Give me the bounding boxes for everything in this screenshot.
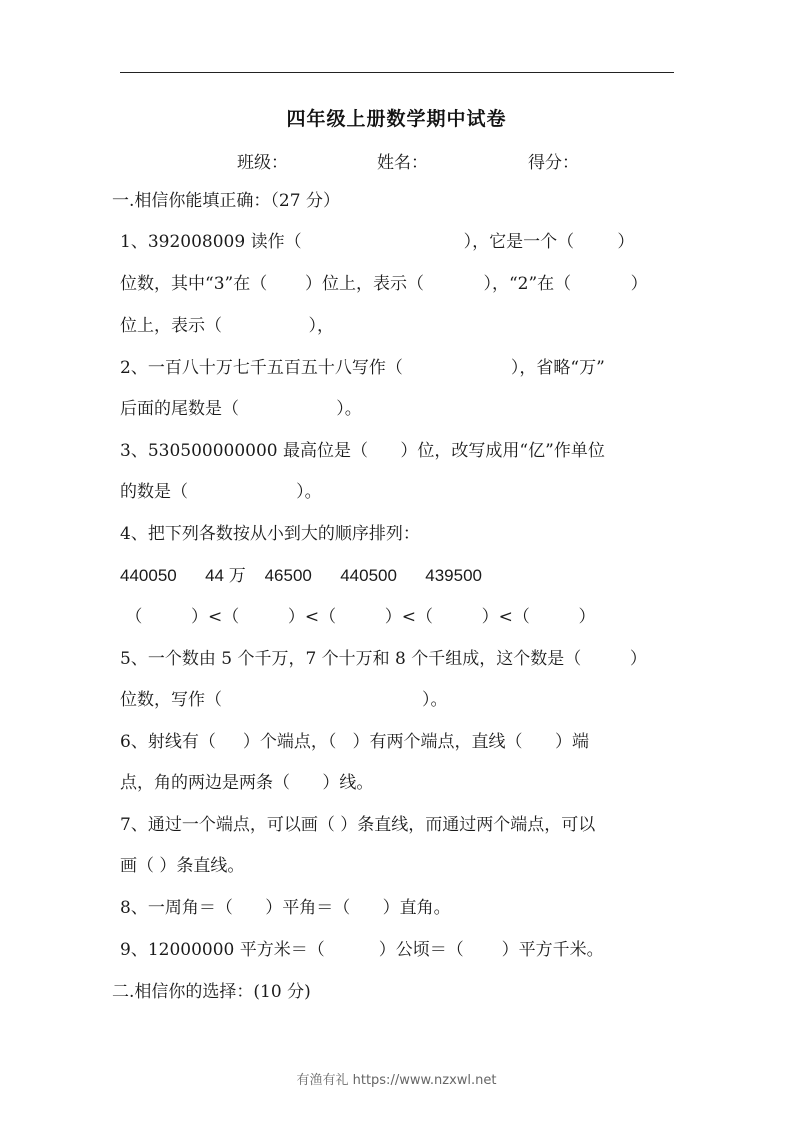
score-label: 得分： <box>528 148 579 173</box>
question-3-line-1: 3、530500000000 最高位是（ ）位，改写成用“亿”作单位 <box>120 440 605 462</box>
page-title: 四年级上册数学期中试卷 <box>0 104 793 131</box>
section-heading-1: 一.相信你能填正确：（27 分） <box>112 190 340 212</box>
question-9: 9、12000000 平方米＝（ ）公顷＝（ ）平方千米。 <box>120 939 604 961</box>
question-4-blanks: （ ）<（ ）<（ ）<（ ）<（ ） <box>120 606 596 628</box>
section-heading-2: 二.相信你的选择：(10 分) <box>112 981 311 1003</box>
question-2-line-1: 2、一百八十万七千五百五十八写作（ ），省略“万” <box>120 357 605 379</box>
question-1-line-2: 位数，其中“3”在（ ）位上，表示（ ），“2”在（ ） <box>120 273 648 295</box>
question-5-line-1: 5、一个数由 5 个千万，7 个十万和 8 个千组成，这个数是（ ） <box>120 648 647 670</box>
question-3-line-2: 的数是（ ）。 <box>120 481 322 503</box>
question-1-line-3: 位上，表示（ ）， <box>120 315 334 337</box>
question-6-line-1: 6、射线有（ ）个端点，（ ）有两个端点，直线（ ）端 <box>120 731 589 753</box>
header-rule <box>120 72 674 73</box>
question-2-line-2: 后面的尾数是（ ）。 <box>120 398 362 420</box>
name-label: 姓名： <box>377 148 428 173</box>
question-7-line-2: 画（ ）条直线。 <box>120 855 244 877</box>
question-7-line-1: 7、通过一个端点，可以画（ ）条直线，而通过两个端点，可以 <box>120 814 595 836</box>
question-6-line-2: 点，角的两边是两条（ ）线。 <box>120 772 373 794</box>
question-8: 8、一周角＝（ ）平角＝（ ）直角。 <box>120 897 451 919</box>
question-5-line-2: 位数，写作（ ）。 <box>120 689 447 711</box>
footer-watermark: 有渔有礼 https://www.nzxwl.net <box>0 1069 793 1088</box>
class-label: 班级： <box>237 148 288 173</box>
question-4-line-1: 4、把下列各数按从小到大的顺序排列： <box>120 523 420 545</box>
question-4-numbers: 440050 44 万 46500 440500 439500 <box>120 565 482 587</box>
question-1-line-1: 1、392008009 读作（ ），它是一个（ ） <box>120 231 634 253</box>
